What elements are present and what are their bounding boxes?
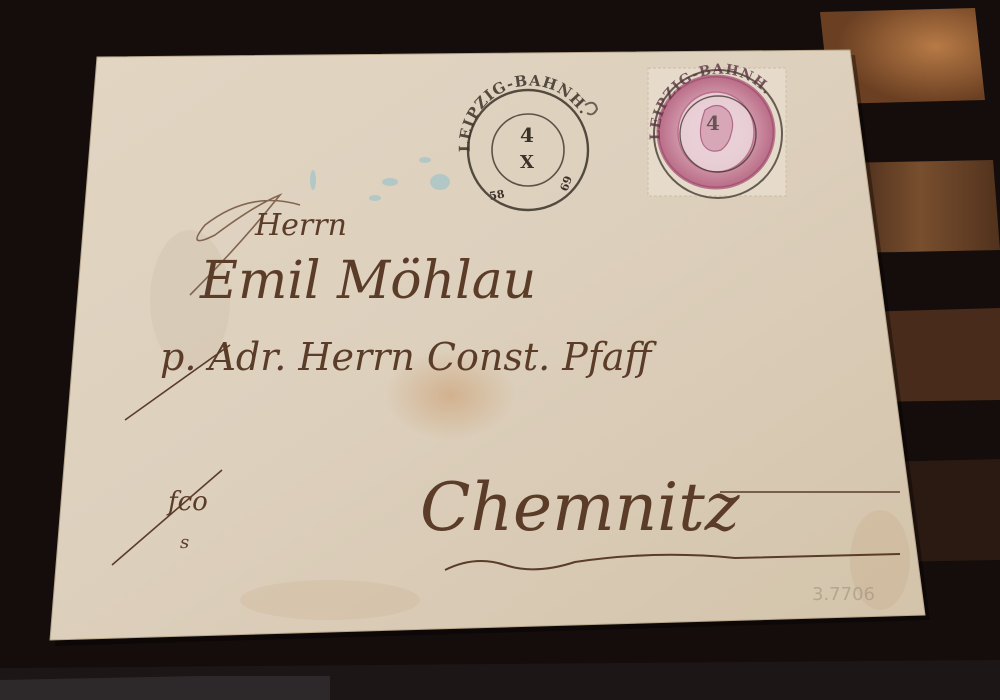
pencil-notation: 3.7706 <box>812 584 875 605</box>
stamp-cancel-day: 4 <box>706 111 720 135</box>
salutation-text: Herrn <box>254 208 347 243</box>
stockbook-strip-sheen <box>0 676 330 700</box>
postmark-day: 4 <box>520 123 534 147</box>
photo-scene: LEIPZIG-BAHNH. 4 X 58 69 LEIPZIG-BAHNH. … <box>0 0 1000 700</box>
address-line-2: p. Adr. Herrn Const. Pfaff <box>160 335 658 379</box>
destination-city: Chemnitz <box>420 469 741 546</box>
franco-sub-mark: s <box>180 532 189 553</box>
postmark-month: X <box>520 152 534 173</box>
franco-mark: fco <box>166 487 208 517</box>
postmark-time-left: 58 <box>488 187 506 203</box>
recipient-name: Emil Möhlau <box>199 251 536 311</box>
postage-stamp: LEIPZIG-BAHNH. 4 <box>648 62 786 198</box>
